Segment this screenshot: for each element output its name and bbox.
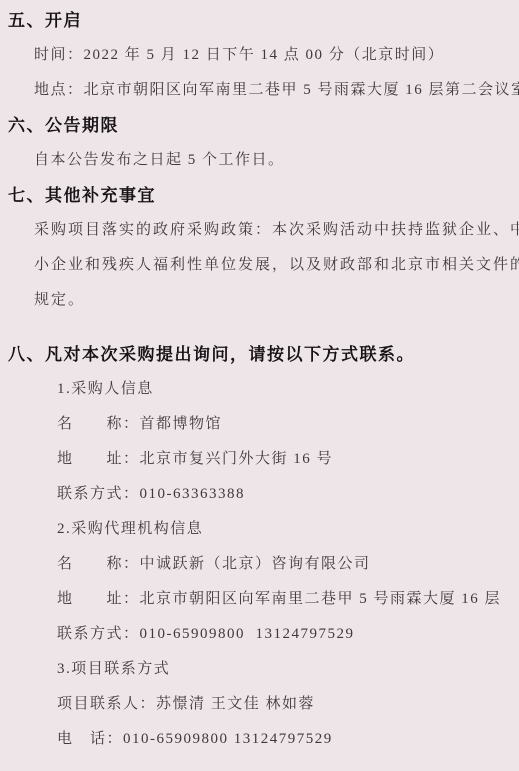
project-contacts-line: 项目联系人：苏憬清 王文佳 林如蓉 [0, 687, 519, 722]
section-notice-period-heading: 六、公告期限 [0, 108, 519, 143]
section-contact-heading: 八、凡对本次采购提出询问，请按以下方式联系。 [0, 337, 519, 372]
purchaser-name-line: 名 称：首都博物馆 [0, 407, 519, 442]
notice-period-body-line: 自本公告发布之日起 5 个工作日。 [0, 143, 519, 178]
agency-address-line: 地 址：北京市朝阳区向军南里二巷甲 5 号雨霖大厦 16 层 [0, 582, 519, 617]
supplement-paragraph-line-2: 小企业和残疾人福利性单位发展，以及财政部和北京市相关文件的 [0, 248, 519, 283]
section-supplement-heading: 七、其他补充事宜 [0, 178, 519, 213]
project-phone-line: 电 话：010-65909800 13124797529 [0, 722, 519, 757]
purchaser-contact-line: 联系方式：010-63363388 [0, 477, 519, 512]
agency-info-title: 2.采购代理机构信息 [0, 512, 519, 547]
agency-name-line: 名 称：中诚跃新（北京）咨询有限公司 [0, 547, 519, 582]
project-contact-title: 3.项目联系方式 [0, 652, 519, 687]
purchaser-info-title: 1.采购人信息 [0, 372, 519, 407]
section-opening-heading: 五、开启 [0, 3, 519, 38]
supplement-paragraph-line-3: 规定。 [0, 283, 519, 318]
agency-contact-line: 联系方式：010-65909800 13124797529 [0, 617, 519, 652]
announcement-document: 五、开启 时间：2022 年 5 月 12 日下午 14 点 00 分（北京时间… [0, 0, 519, 771]
supplement-paragraph-line-1: 采购项目落实的政府采购政策：本次采购活动中扶持监狱企业、中 [0, 213, 519, 248]
purchaser-address-line: 地 址：北京市复兴门外大街 16 号 [0, 442, 519, 477]
opening-time-line: 时间：2022 年 5 月 12 日下午 14 点 00 分（北京时间） [0, 38, 519, 73]
opening-place-line: 地点：北京市朝阳区向军南里二巷甲 5 号雨霖大厦 16 层第二会议室 [0, 73, 519, 108]
